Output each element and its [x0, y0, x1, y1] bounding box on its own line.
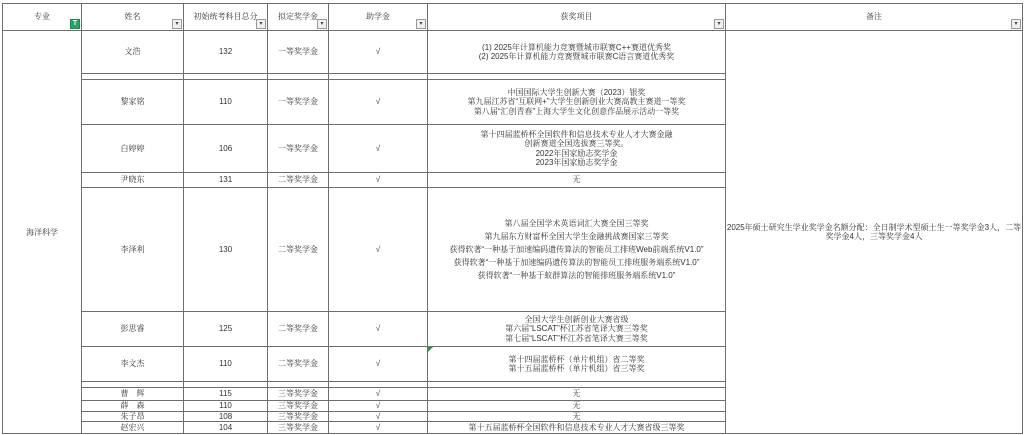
score-cell[interactable]: 108: [184, 412, 268, 422]
awards-cell[interactable]: 第十四届蓝桥杯（单片机组）省二等奖 第十五届蓝桥杯（单片机组）省三等奖: [428, 347, 726, 382]
score-cell[interactable]: 104: [184, 422, 268, 434]
header-aid: 助学金 ▾: [329, 4, 428, 31]
award-line: 无: [428, 401, 725, 410]
table-row: 海洋科学 文浩 132 一等奖学金 √ (1) 2025年计算机能力竞赛暨城市联…: [3, 31, 1023, 74]
award-line: 2023年国家励志奖学金: [428, 158, 725, 167]
header-major: 专业 T: [3, 4, 82, 31]
aid-cell[interactable]: √: [329, 388, 428, 401]
header-awards: 获奖项目 ▾: [428, 4, 726, 31]
header-scholarship: 拟定奖学金 ▾: [268, 4, 329, 31]
filter-dropdown-icon[interactable]: ▾: [1011, 19, 1021, 29]
header-awards-label: 获奖项目: [561, 12, 593, 21]
scholarship-cell[interactable]: 三等奖学金: [268, 401, 329, 412]
awards-cell[interactable]: 第十四届蓝桥杯全国软件和信息技术专业人才大赛金融 创新赛道全国选拔赛三等奖。 2…: [428, 125, 726, 173]
header-name: 姓名 ▾: [82, 4, 184, 31]
name-cell[interactable]: 黎家铭: [82, 80, 184, 125]
award-line: 创新赛道全国选拔赛三等奖。: [428, 139, 725, 148]
awards-cell[interactable]: 无: [428, 412, 726, 422]
aid-cell[interactable]: √: [329, 80, 428, 125]
award-line: 无: [428, 412, 725, 421]
aid-cell[interactable]: √: [329, 173, 428, 188]
scholarship-cell[interactable]: 一等奖学金: [268, 80, 329, 125]
header-aid-label: 助学金: [366, 12, 390, 21]
award-line: 无: [428, 389, 725, 398]
award-line: 第十五届蓝桥杯全国软件和信息技术专业人才大赛省级三等奖: [428, 423, 725, 432]
aid-cell[interactable]: √: [329, 188, 428, 312]
scholarship-cell[interactable]: 一等奖学金: [268, 31, 329, 74]
name-cell[interactable]: 李文杰: [82, 347, 184, 382]
name-cell[interactable]: 彭思睿: [82, 312, 184, 347]
score-cell[interactable]: 131: [184, 173, 268, 188]
header-score: 初始统考科目总分 ▾: [184, 4, 268, 31]
name-cell[interactable]: 文浩: [82, 31, 184, 74]
award-line: 第八届“汇创青春”上海大学生文化创意作品展示活动一等奖: [428, 107, 725, 116]
scholarship-cell[interactable]: 二等奖学金: [268, 347, 329, 382]
award-line: 获得软著“一种基于蚁群算法的智能排班服务端系统V1.0”: [428, 269, 725, 282]
award-line: 2022年国家励志奖学金: [428, 149, 725, 158]
header-name-label: 姓名: [125, 12, 141, 21]
aid-cell[interactable]: √: [329, 31, 428, 74]
score-cell[interactable]: 110: [184, 80, 268, 125]
award-line: 第十四届蓝桥杯全国软件和信息技术专业人才大赛金融: [428, 130, 725, 139]
award-line: 无: [428, 175, 725, 184]
name-cell[interactable]: 李泽利: [82, 188, 184, 312]
filter-dropdown-icon[interactable]: ▾: [317, 19, 327, 29]
award-line: 第七届“LSCAT”杯江苏省笔译大赛三等奖: [428, 334, 725, 343]
award-line: 第九届东方财富杯全国大学生金融挑战赛国家三等奖: [428, 230, 725, 243]
scholarship-cell[interactable]: 三等奖学金: [268, 388, 329, 401]
score-cell[interactable]: 106: [184, 125, 268, 173]
scholarship-cell[interactable]: 三等奖学金: [268, 422, 329, 434]
score-cell[interactable]: 110: [184, 347, 268, 382]
score-cell[interactable]: 125: [184, 312, 268, 347]
major-cell[interactable]: 海洋科学: [3, 31, 82, 434]
score-cell[interactable]: 115: [184, 388, 268, 401]
name-cell[interactable]: 薛 森: [82, 401, 184, 412]
header-row: 专业 T 姓名 ▾ 初始统考科目总分 ▾ 拟定奖学金 ▾ 助学金 ▾ 获奖项目 …: [3, 4, 1023, 31]
aid-cell[interactable]: √: [329, 412, 428, 422]
aid-cell[interactable]: √: [329, 401, 428, 412]
scholarship-cell[interactable]: 三等奖学金: [268, 412, 329, 422]
name-cell[interactable]: 白婷婷: [82, 125, 184, 173]
aid-cell[interactable]: √: [329, 347, 428, 382]
award-line: 第八届全国学术英语词汇大赛全国三等奖: [428, 217, 725, 230]
aid-cell[interactable]: √: [329, 422, 428, 434]
score-cell[interactable]: 130: [184, 188, 268, 312]
awards-cell[interactable]: 无: [428, 388, 726, 401]
filter-dropdown-icon[interactable]: ▾: [256, 19, 266, 29]
filter-active-icon[interactable]: T: [70, 19, 80, 29]
name-cell[interactable]: 曹 辉: [82, 388, 184, 401]
awards-cell[interactable]: 第八届全国学术英语词汇大赛全国三等奖 第九届东方财富杯全国大学生金融挑战赛国家三…: [428, 188, 726, 312]
scholarship-cell[interactable]: 二等奖学金: [268, 312, 329, 347]
award-line: 获得软著“一种基于加速编码遗传算法的智能员工排班Web前端系统V1.0”: [428, 243, 725, 256]
awards-cell[interactable]: 无: [428, 401, 726, 412]
header-major-label: 专业: [34, 12, 50, 21]
remark-cell[interactable]: 2025年硕士研究生学业奖学金名额分配：全日制学术型硕士生一等奖学金3人，二等奖…: [726, 31, 1023, 434]
filter-dropdown-icon[interactable]: ▾: [714, 19, 724, 29]
score-cell[interactable]: 132: [184, 31, 268, 74]
scholarship-cell[interactable]: 二等奖学金: [268, 188, 329, 312]
aid-cell[interactable]: √: [329, 125, 428, 173]
awards-cell[interactable]: 中国国际大学生创新大赛（2023）银奖 第九届江苏省“互联网+”大学生创新创业大…: [428, 80, 726, 125]
awards-cell[interactable]: 全国大学生创新创业大赛省级 第六届“LSCAT”杯江苏省笔译大赛三等奖 第七届“…: [428, 312, 726, 347]
score-cell[interactable]: 110: [184, 401, 268, 412]
aid-cell[interactable]: √: [329, 312, 428, 347]
award-line: 获得软著“一种基于加速编码遗传算法的智能员工排班服务端系统V1.0”: [428, 256, 725, 269]
award-line: (2) 2025年计算机能力竞赛暨城市联赛C语言赛道优秀奖: [428, 52, 725, 61]
header-scholarship-label: 拟定奖学金: [278, 12, 318, 21]
award-line: 第九届江苏省“互联网+”大学生创新创业大赛高教主赛道一等奖: [428, 97, 725, 106]
awards-cell[interactable]: 无: [428, 173, 726, 188]
awards-cell[interactable]: 第十五届蓝桥杯全国软件和信息技术专业人才大赛省级三等奖: [428, 422, 726, 434]
award-line: (1) 2025年计算机能力竞赛暨城市联赛C++赛道优秀奖: [428, 43, 725, 52]
spreadsheet-view: 专业 T 姓名 ▾ 初始统考科目总分 ▾ 拟定奖学金 ▾ 助学金 ▾ 获奖项目 …: [0, 0, 1024, 435]
scholarship-cell[interactable]: 二等奖学金: [268, 173, 329, 188]
scholarship-table: 专业 T 姓名 ▾ 初始统考科目总分 ▾ 拟定奖学金 ▾ 助学金 ▾ 获奖项目 …: [2, 3, 1023, 434]
award-line: 第十四届蓝桥杯（单片机组）省二等奖: [428, 355, 725, 364]
filter-dropdown-icon[interactable]: ▾: [416, 19, 426, 29]
filter-dropdown-icon[interactable]: ▾: [172, 19, 182, 29]
award-line: 第十五届蓝桥杯（单片机组）省三等奖: [428, 364, 725, 373]
name-cell[interactable]: 朱子昂: [82, 412, 184, 422]
awards-cell[interactable]: (1) 2025年计算机能力竞赛暨城市联赛C++赛道优秀奖 (2) 2025年计…: [428, 31, 726, 74]
scholarship-cell[interactable]: 一等奖学金: [268, 125, 329, 173]
name-cell[interactable]: 赵宏兴: [82, 422, 184, 434]
name-cell[interactable]: 尹晓东: [82, 173, 184, 188]
header-score-label: 初始统考科目总分: [194, 12, 258, 21]
header-remark-label: 备注: [866, 12, 882, 21]
header-remark: 备注 ▾: [726, 4, 1023, 31]
cell-flag-icon: [428, 347, 433, 352]
award-line: 第六届“LSCAT”杯江苏省笔译大赛三等奖: [428, 324, 725, 333]
